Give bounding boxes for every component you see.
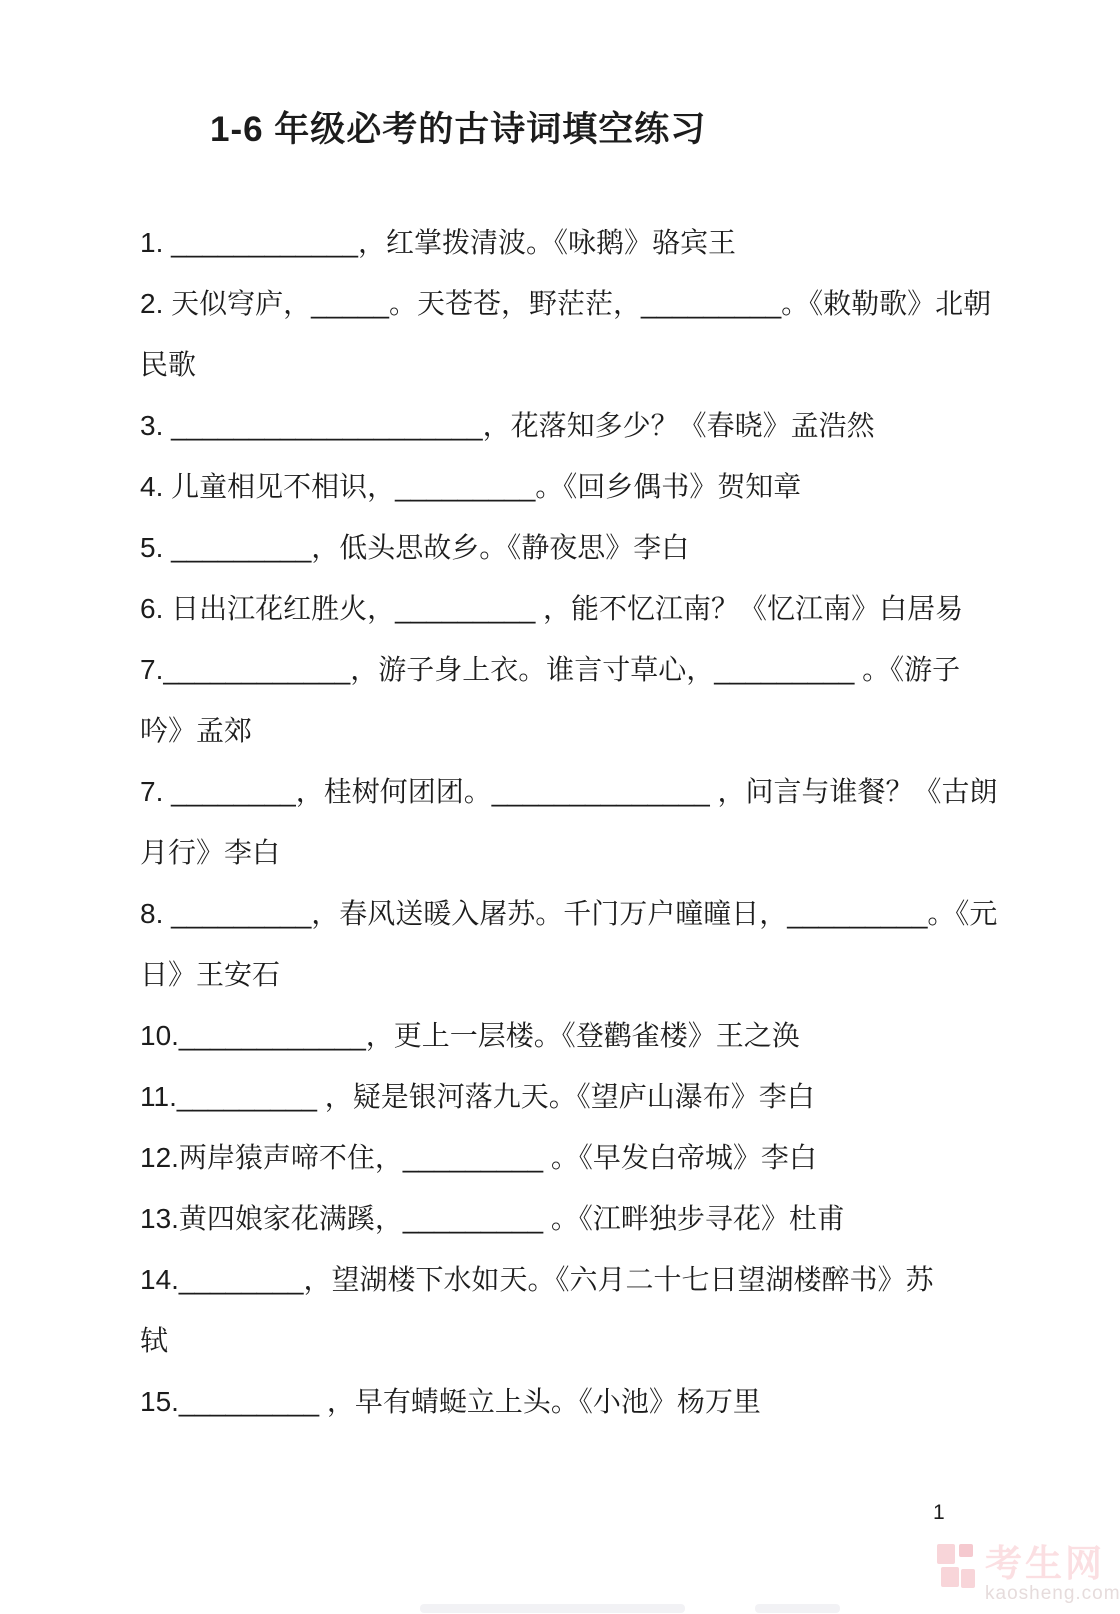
question-item: 1. ____________，红掌拨清波。《咏鹅》骆宾王 [140, 212, 1070, 273]
question-item: 3. ____________________，花落知多少？《春晓》孟浩然 [140, 395, 1070, 456]
faint-text-bar [420, 1604, 685, 1613]
question-item: 7.____________，游子身上衣。谁言寸草心，_________ 。《游… [140, 639, 1070, 761]
document-page: 1-6 年级必考的古诗词填空练习 1. ____________，红掌拨清波。《… [0, 0, 1120, 1614]
question-item: 4. 儿童相见不相识，_________。《回乡偶书》贺知章 [140, 456, 1070, 517]
logo-block [959, 1544, 973, 1557]
question-item: 10.____________，更上一层楼。《登鹳雀楼》王之涣 [140, 1005, 1070, 1066]
watermark-brand-text: 考生网 [985, 1544, 1105, 1584]
question-item: 13.黄四娘家花满蹊，_________ 。《江畔独步寻花》杜甫 [140, 1188, 1070, 1249]
question-item: 11._________ ，疑是银河落九天。《望庐山瀑布》李白 [140, 1066, 1070, 1127]
logo-block [941, 1567, 959, 1587]
question-item: 2. 天似穹庐，_____。天苍苍，野茫茫，_________。《敕勒歌》北朝 … [140, 273, 1070, 395]
watermark-site-text: kaosheng.com [985, 1583, 1120, 1605]
logo-block [961, 1569, 975, 1588]
logo-block [937, 1544, 955, 1564]
question-item: 15._________ ，早有蜻蜓立上头。《小池》杨万里 [140, 1371, 1070, 1432]
question-item: 5. _________，低头思故乡。《静夜思》李白 [140, 517, 1070, 578]
faint-text-bar [755, 1604, 840, 1613]
faint-footer-watermark [420, 1603, 860, 1614]
page-title: 1-6 年级必考的古诗词填空练习 [210, 104, 706, 156]
page-number: 1 [933, 1500, 945, 1526]
question-item: 12.两岸猿声啼不住，_________ 。《早发白帝城》李白 [140, 1127, 1070, 1188]
question-item: 8. _________，春风送暖入屠苏。千门万户曈曈日，_________。《… [140, 883, 1070, 1005]
question-item: 6. 日出江花红胜火，_________ ，能不忆江南？《忆江南》白居易 [140, 578, 1070, 639]
kaosheng-logo-icon [937, 1544, 977, 1600]
question-item: 7. ________，桂树何团团。______________ ，问言与谁餐？… [140, 761, 1070, 883]
question-item: 14.________，望湖楼下水如天。《六月二十七日望湖楼醉书》苏 轼 [140, 1249, 1070, 1371]
question-list: 1. ____________，红掌拨清波。《咏鹅》骆宾王 2. 天似穹庐，__… [140, 212, 1070, 1432]
